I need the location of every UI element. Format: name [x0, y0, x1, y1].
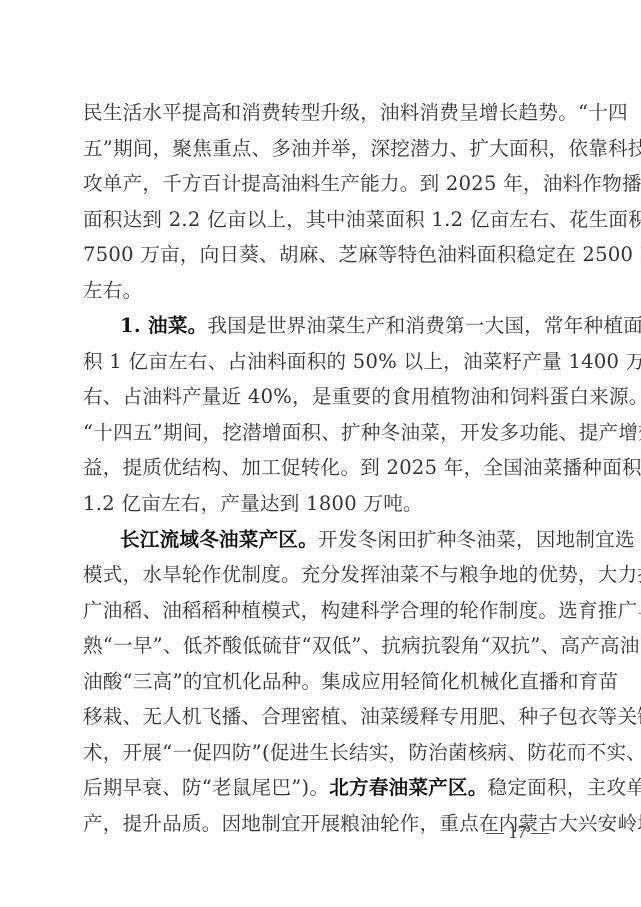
text-line: 油酸“三高”的宜机化品种。集成应用轻简化机械化直播和育苗 [83, 667, 557, 697]
text-line: 五”期间，聚焦重点、多油并举，深挖潜力、扩大面积，依靠科技、主 [83, 134, 557, 164]
section-heading-rapeseed: 1. 油菜。 [120, 314, 207, 337]
text-line: 后期早衰、防“老鼠尾巴”)。北方春油菜产区。稳定面积，主攻单 [83, 773, 557, 803]
section-heading-line: 1. 油菜。我国是世界油菜生产和消费第一大国，常年种植面 [120, 311, 557, 341]
page-number: — 17 — [486, 820, 566, 844]
text-span: 开发冬闲田扩种冬油菜，因地制宜选 [318, 528, 635, 551]
text-span: 后期早衰、防“老鼠尾巴”)。 [83, 776, 329, 799]
text-line: 面积达到 2.2 亿亩以上，其中油菜面积 1.2 亿亩左右、花生面积 [83, 205, 557, 235]
section-heading-line: 长江流域冬油菜产区。开发冬闲田扩种冬油菜，因地制宜选 [120, 525, 557, 555]
text-line: 右、占油料产量近 40%，是重要的食用植物油和饲料蛋白来源。 [83, 382, 557, 412]
text-line: “十四五”期间，挖潜增面积、扩种冬油菜，开发多功能、提产增效 [83, 418, 557, 448]
text-line: 模式，水旱轮作优制度。充分发挥油菜不与粮争地的优势，大力推 [83, 560, 557, 590]
text-line: 广油稻、油稻稻种植模式，构建科学合理的轮作制度。选育推广早 [83, 596, 557, 626]
text-line: 积 1 亿亩左右、占油料面积的 50% 以上，油菜籽产量 1400 万吨左 [83, 347, 557, 377]
text-line: 熟“一早”、低芥酸低硫苷“双低”、抗病抗裂角“双抗”、高产高油高 [83, 631, 557, 661]
text-span: 稳定面积，主攻单 [488, 776, 641, 799]
text-line: 左右。 [83, 276, 557, 306]
text-line: 益，提质优结构、加工促转化。到 2025 年，全国油菜播种面积达到 [83, 453, 557, 483]
text-line: 7500 万亩，向日葵、胡麻、芝麻等特色油料面积稳定在 2500 万亩 [83, 240, 557, 270]
text-line: 民生活水平提高和消费转型升级，油料消费呈增长趋势。“十四 [83, 98, 557, 128]
text-line: 术，开展“一促四防”(促进生长结实，防治菌核病、防花而不实、防 [83, 738, 557, 768]
text-line: 1.2 亿亩左右，产量达到 1800 万吨。 [83, 489, 557, 519]
section-heading-north-spring-rapeseed: 北方春油菜产区。 [329, 776, 487, 799]
document-page: 民生活水平提高和消费转型升级，油料消费呈增长趋势。“十四 五”期间，聚焦重点、多… [0, 0, 641, 907]
section-heading-yangtze-winter-rapeseed: 长江流域冬油菜产区。 [120, 528, 318, 551]
text-line: 移栽、无人机飞播、合理密植、油菜缓释专用肥、种子包衣等关键技 [83, 702, 557, 732]
text-span: 我国是世界油菜生产和消费第一大国，常年种植面 [207, 314, 641, 337]
text-line: 攻单产，千方百计提高油料生产能力。到 2025 年，油料作物播种 [83, 169, 557, 199]
